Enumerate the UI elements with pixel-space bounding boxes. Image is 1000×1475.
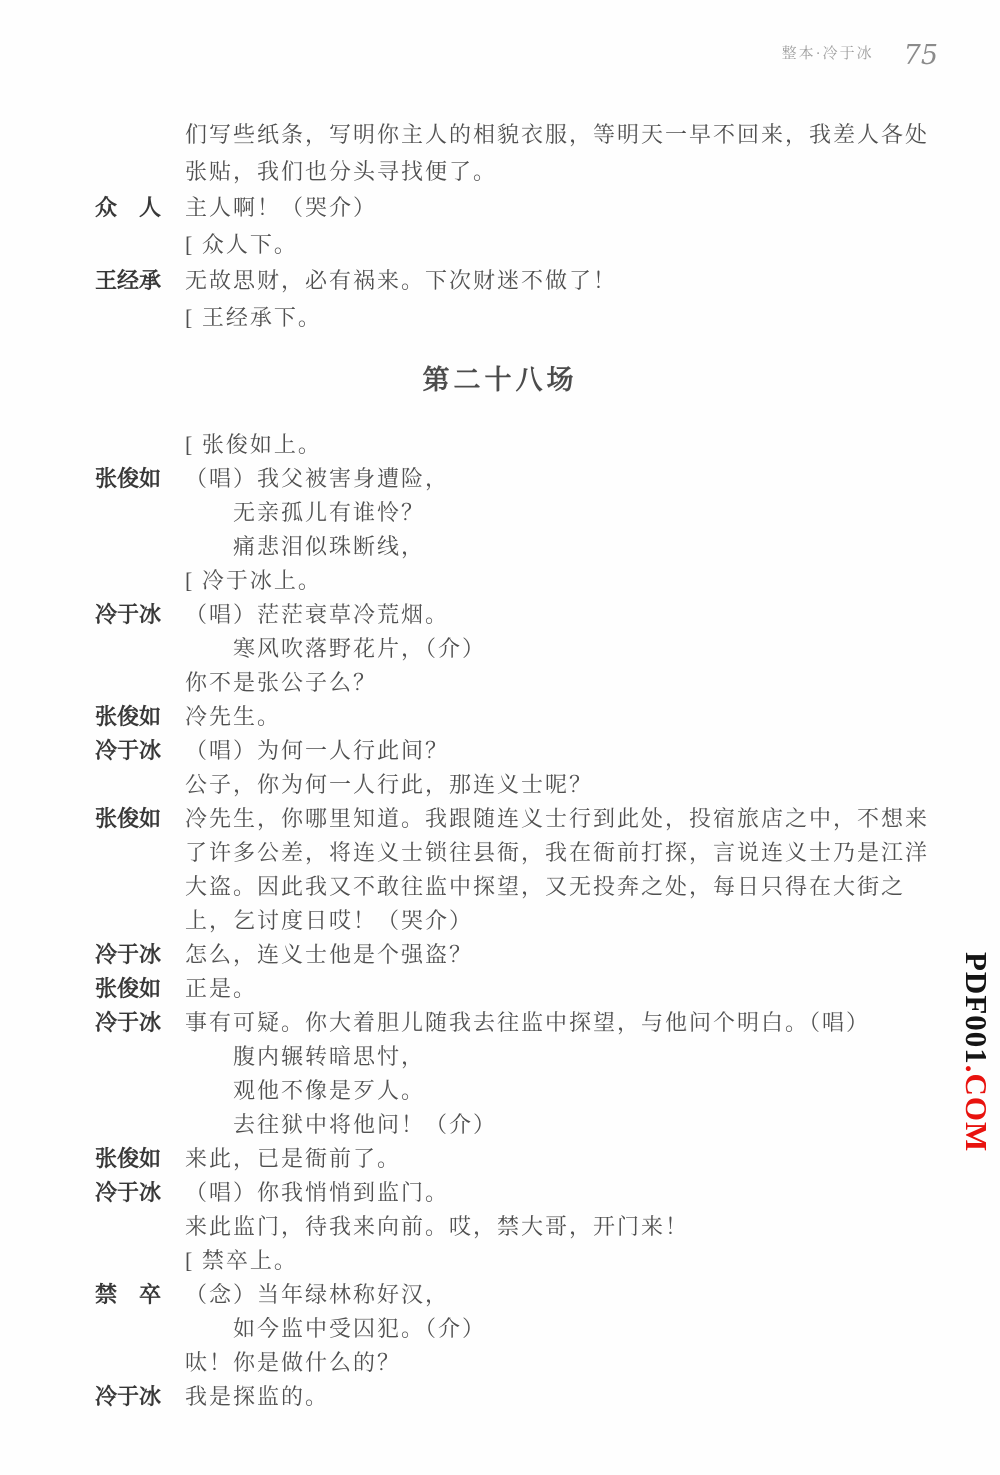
line-text: 冷先生。 <box>185 704 281 729</box>
script-line: 冷于冰我是探监的。 <box>95 1380 970 1414</box>
script-line: 冷于冰事有可疑。你大着胆儿随我去往监中探望，与他问个明白。（唱） <box>95 1006 970 1040</box>
line-text: 痛悲泪似珠断线， <box>233 534 425 559</box>
script-line: 张俊如冷先生。 <box>95 700 970 734</box>
scene-text-block: [ 张俊如上。张俊如（唱）我父被害身遭险，无亲孤儿有谁怜？痛悲泪似珠断线，[ 冷… <box>95 428 970 1414</box>
script-line: 公子，你为何一人行此，那连义士呢？ <box>95 768 970 802</box>
speaker-name: 王经承 <box>95 263 161 300</box>
script-line: 痛悲泪似珠断线， <box>95 530 970 564</box>
stage-direction: [ 张俊如上。 <box>95 428 970 462</box>
script-line: 们写些纸条，写明你主人的相貌衣服，等明天一早不回来，我差人各处 <box>95 117 970 154</box>
speaker-name: 张俊如 <box>95 972 161 1006</box>
line-text: 们写些纸条，写明你主人的相貌衣服，等明天一早不回来，我差人各处 <box>185 122 929 147</box>
speaker-name: 冷于冰 <box>95 598 161 632</box>
script-line: 张俊如来此，已是衙前了。 <box>95 1142 970 1176</box>
page-header: 整本·冷于冰75 <box>0 40 938 71</box>
book-page: 整本·冷于冰75 们写些纸条，写明你主人的相貌衣服，等明天一早不回来，我差人各处… <box>0 0 1000 1475</box>
script-line: 观他不像是歹人。 <box>95 1074 970 1108</box>
script-line: 冷于冰（唱）你我悄悄到监门。 <box>95 1176 970 1210</box>
speaker-name: 冷于冰 <box>95 1176 161 1210</box>
speaker-name: 禁 卒 <box>95 1278 161 1312</box>
line-text: （唱）茫茫衰草冷荒烟。 <box>185 602 449 627</box>
running-title: 整本·冷于冰 <box>782 46 874 62</box>
watermark: PDF001.COM <box>958 952 994 1152</box>
script-line: 了许多公差，将连义士锁往县衙，我在衙前打探，言说连义士乃是江洋 <box>95 836 970 870</box>
page-number: 75 <box>904 40 938 71</box>
script-line: 王经承无故思财，必有祸来。下次财迷不做了！ <box>95 263 970 300</box>
script-line: 张贴，我们也分头寻找便了。 <box>95 154 970 191</box>
line-text: 去往狱中将他问！（介） <box>233 1112 497 1137</box>
script-line: 张俊如正是。 <box>95 972 970 1006</box>
line-text: [ 张俊如上。 <box>185 432 322 457</box>
script-line: 来此监门，待我来向前。哎，禁大哥，开门来！ <box>95 1210 970 1244</box>
line-text: 如今监中受囚犯。（介） <box>233 1316 486 1341</box>
line-text: 主人啊！（哭介） <box>185 195 377 220</box>
line-text: 张贴，我们也分头寻找便了。 <box>185 159 497 184</box>
line-text: 腹内辗转暗思忖， <box>233 1044 425 1069</box>
line-text: 寒风吹落野花片，（介） <box>233 636 486 661</box>
stage-direction: [ 王经承下。 <box>95 300 970 337</box>
script-line: 上，乞讨度日哎！（哭介） <box>95 904 970 938</box>
line-text: （唱）我父被害身遭险， <box>185 466 449 491</box>
script-line: 无亲孤儿有谁怜？ <box>95 496 970 530</box>
line-text: 了许多公差，将连义士锁往县衙，我在衙前打探，言说连义士乃是江洋 <box>185 840 929 865</box>
speaker-name: 冷于冰 <box>95 1380 161 1414</box>
speaker-name: 众 人 <box>95 190 161 227</box>
speaker-name: 冷于冰 <box>95 1006 161 1040</box>
script-line: 去往狱中将他问！（介） <box>95 1108 970 1142</box>
line-text: 公子，你为何一人行此，那连义士呢？ <box>185 772 593 797</box>
script-line: 冷于冰（唱）茫茫衰草冷荒烟。 <box>95 598 970 632</box>
line-text: （唱）你我悄悄到监门。 <box>185 1180 449 1205</box>
line-text: （唱）为何一人行此间？ <box>185 738 449 763</box>
line-text: [ 禁卒上。 <box>185 1248 298 1273</box>
speaker-name: 张俊如 <box>95 1142 161 1176</box>
speaker-name: 张俊如 <box>95 802 161 836</box>
script-line: 张俊如冷先生，你哪里知道。我跟随连义士行到此处，投宿旅店之中，不想来 <box>95 802 970 836</box>
script-line: 呔！你是做什么的？ <box>95 1346 970 1380</box>
line-text: [ 众人下。 <box>185 232 298 257</box>
script-line: 你不是张公子么？ <box>95 666 970 700</box>
line-text: 冷先生，你哪里知道。我跟随连义士行到此处，投宿旅店之中，不想来 <box>185 806 929 831</box>
line-text: 我是探监的。 <box>185 1384 329 1409</box>
line-text: 事有可疑。你大着胆儿随我去往监中探望，与他问个明白。（唱） <box>185 1010 870 1035</box>
line-text: 无亲孤儿有谁怜？ <box>233 500 425 525</box>
line-text: 来此监门，待我来向前。哎，禁大哥，开门来！ <box>185 1214 689 1239</box>
script-line: 冷于冰（唱）为何一人行此间？ <box>95 734 970 768</box>
stage-direction: [ 冷于冰上。 <box>95 564 970 598</box>
line-text: 呔！你是做什么的？ <box>185 1350 401 1375</box>
line-text: （念）当年绿林称好汉， <box>185 1282 449 1307</box>
script-line: 大盗。因此我又不敢往监中探望，又无投奔之处，每日只得在大街之 <box>95 870 970 904</box>
line-text: 大盗。因此我又不敢往监中探望，又无投奔之处，每日只得在大街之 <box>185 874 905 899</box>
line-text: 怎么，连义士他是个强盗？ <box>185 942 473 967</box>
watermark-site-name: PDF001 <box>959 952 994 1065</box>
stage-direction: [ 禁卒上。 <box>95 1244 970 1278</box>
line-text: 上，乞讨度日哎！（哭介） <box>185 908 473 933</box>
script-line: 冷于冰怎么，连义士他是个强盗？ <box>95 938 970 972</box>
script-line: 众 人主人啊！（哭介） <box>95 190 970 227</box>
speaker-name: 张俊如 <box>95 700 161 734</box>
speaker-name: 张俊如 <box>95 462 161 496</box>
pre-scene-text-block: 们写些纸条，写明你主人的相貌衣服，等明天一早不回来，我差人各处张贴，我们也分头寻… <box>95 117 970 336</box>
script-line: 如今监中受囚犯。（介） <box>95 1312 970 1346</box>
script-line: 腹内辗转暗思忖， <box>95 1040 970 1074</box>
line-text: 正是。 <box>185 976 257 1001</box>
line-text: [ 王经承下。 <box>185 305 322 330</box>
line-text: 来此，已是衙前了。 <box>185 1146 401 1171</box>
speaker-name: 冷于冰 <box>95 938 161 972</box>
stage-direction: [ 众人下。 <box>95 227 970 264</box>
watermark-site-tld: .COM <box>959 1065 994 1153</box>
scene-title: 第二十八场 <box>0 358 1000 397</box>
script-line: 禁 卒（念）当年绿林称好汉， <box>95 1278 970 1312</box>
speaker-name: 冷于冰 <box>95 734 161 768</box>
line-text: 观他不像是歹人。 <box>233 1078 425 1103</box>
line-text: 你不是张公子么？ <box>185 670 377 695</box>
line-text: [ 冷于冰上。 <box>185 568 322 593</box>
script-line: 寒风吹落野花片，（介） <box>95 632 970 666</box>
line-text: 无故思财，必有祸来。下次财迷不做了！ <box>185 268 617 293</box>
script-line: 张俊如（唱）我父被害身遭险， <box>95 462 970 496</box>
